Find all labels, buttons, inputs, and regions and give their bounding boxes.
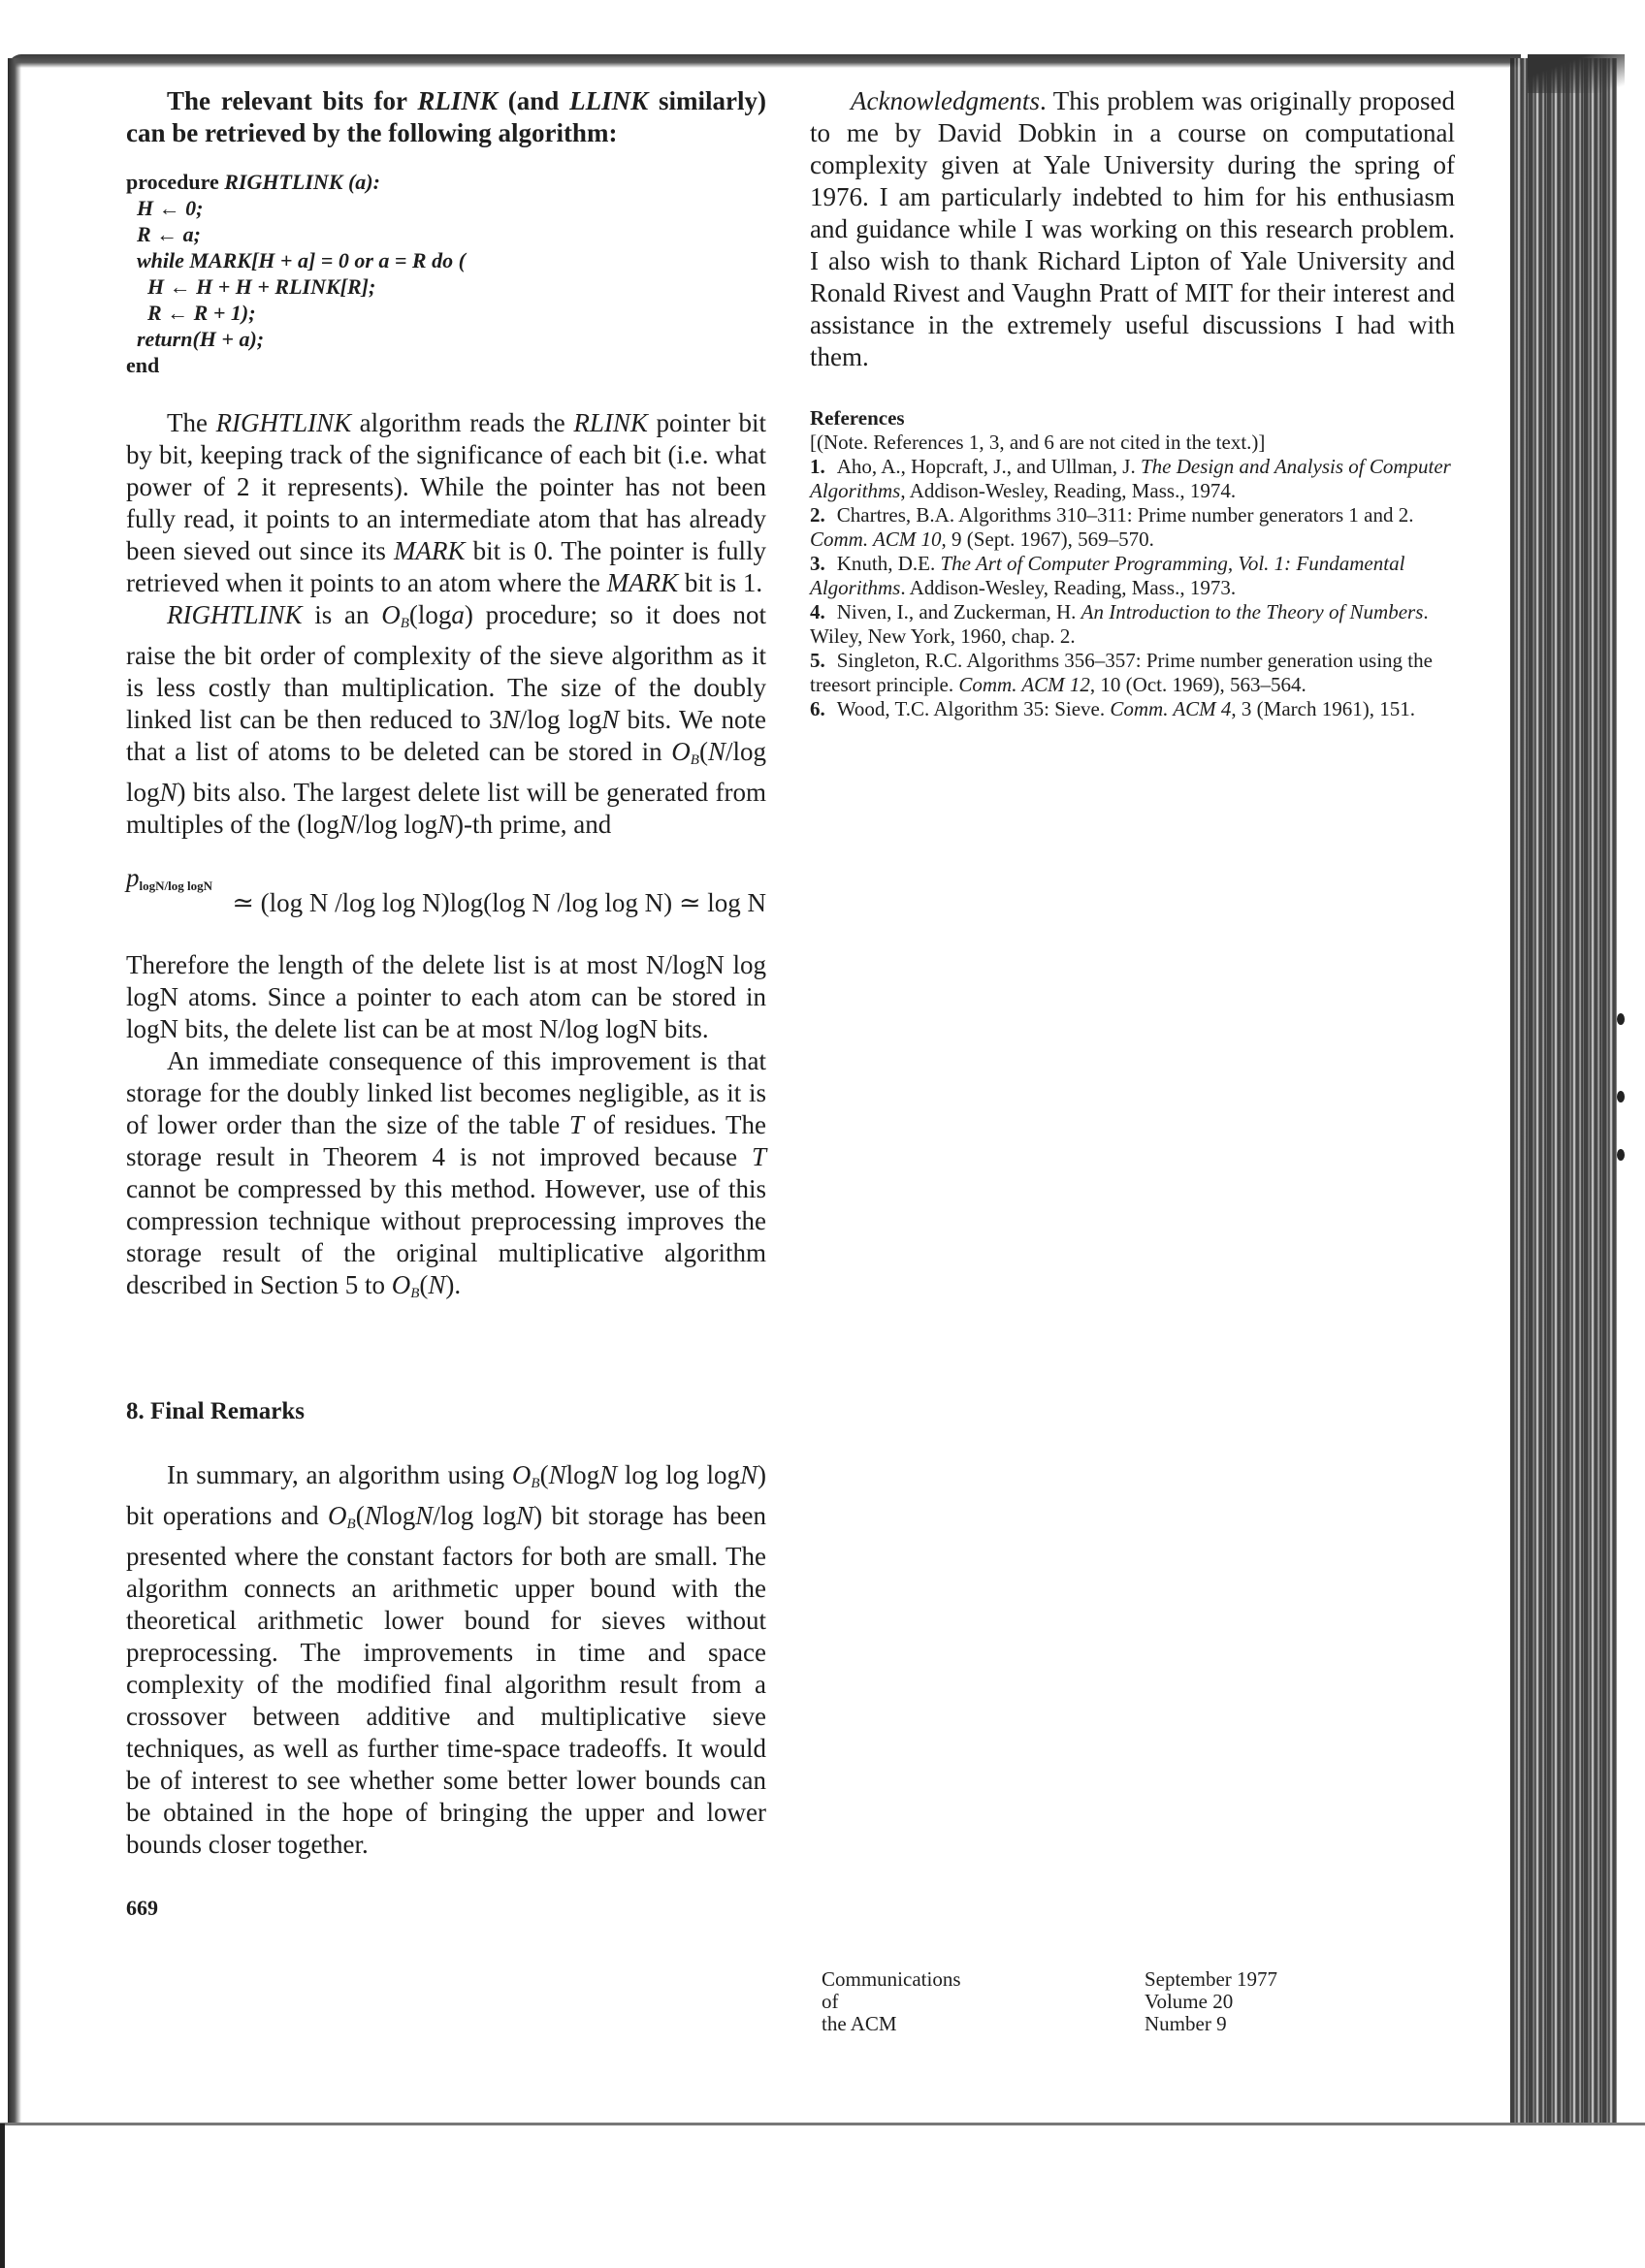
acknowledgments-paragraph: Acknowledgments. This problem was origin…: [810, 85, 1455, 373]
section-heading-final-remarks: 8. Final Remarks: [126, 1397, 766, 1426]
scan-bottom-edge: [0, 2123, 1645, 2125]
issue-info: September 1977 Volume 20 Number 9: [1145, 1968, 1277, 2035]
reference-title: An Introduction to the Theory of Numbers: [1081, 600, 1424, 623]
reference-details: , 10 (Oct. 1969), 563–564.: [1090, 673, 1306, 696]
book-binding-edge: [1510, 58, 1617, 2124]
binding-mark: [1617, 1149, 1625, 1161]
reference-title: Comm. ACM 4: [1110, 697, 1231, 720]
procedure-line: while MARK[H + a] = 0 or a = R do (: [126, 247, 766, 273]
procedure-line: return(H + a);: [126, 326, 766, 352]
acknowledgments-label: Acknowledgments: [851, 86, 1040, 115]
reference-authors: Knuth, D.E.: [837, 552, 941, 575]
reference-list: 1.Aho, A., Hopcraft, J., and Ullman, J. …: [810, 455, 1455, 721]
consequence-paragraph: An immediate consequence of this improve…: [126, 1045, 766, 1310]
procedure-line: H ← H + H + RLINK[R];: [126, 273, 766, 300]
reference-title: Comm. ACM 12: [958, 673, 1090, 696]
prime-approximation-formula: plogN/log logN ≃ (log N /log log N)log(l…: [126, 866, 766, 928]
reference-item: 1.Aho, A., Hopcraft, J., and Ullman, J. …: [810, 455, 1455, 503]
references-note: [(Note. References 1, 3, and 6 are not c…: [810, 431, 1455, 455]
references-section: References [(Note. References 1, 3, and …: [810, 406, 1455, 721]
reference-number: 2.: [810, 503, 825, 527]
reference-details: , Addison-Wesley, Reading, Mass., 1974.: [900, 479, 1236, 502]
procedure-line: H ← 0;: [126, 195, 766, 221]
scan-left-edge: [8, 58, 21, 2124]
reference-number: 6.: [810, 697, 825, 720]
reference-number: 5.: [810, 649, 825, 672]
references-heading: References: [810, 406, 1455, 431]
book-binding-top-shadow: [1528, 54, 1625, 93]
reference-details: , 3 (March 1961), 151.: [1231, 697, 1415, 720]
procedure-header: procedure RIGHTLINK (a):: [126, 169, 766, 195]
reference-item: 5.Singleton, R.C. Algorithms 356–357: Pr…: [810, 649, 1455, 697]
reference-details: . Addison-Wesley, Reading, Mass., 1973.: [900, 576, 1236, 599]
summary-paragraph: In summary, an algorithm using OB(NlogN …: [126, 1459, 766, 1861]
rightlink-paragraph: The RIGHTLINK algorithm reads the RLINK …: [126, 407, 766, 599]
reference-authors: Chartres, B.A. Algorithms 310–311: Prime…: [837, 503, 1414, 527]
reference-number: 4.: [810, 600, 825, 623]
reference-item: 6.Wood, T.C. Algorithm 35: Sieve. Comm. …: [810, 697, 1455, 721]
reference-authors: Aho, A., Hopcraft, J., and Ullman, J.: [837, 455, 1141, 478]
reference-item: 2.Chartres, B.A. Algorithms 310–311: Pri…: [810, 503, 1455, 552]
intro-paragraph: The relevant bits for RLINK (and LLINK s…: [126, 85, 766, 149]
procedure-line: R ← a;: [126, 221, 766, 247]
right-column: Acknowledgments. This problem was origin…: [810, 85, 1455, 721]
reference-item: 4.Niven, I., and Zuckerman, H. An Introd…: [810, 600, 1455, 649]
binding-mark: [1617, 1091, 1625, 1102]
reference-details: , 9 (Sept. 1967), 569–570.: [942, 527, 1154, 551]
journal-name: Communications of the ACM: [822, 1968, 961, 2035]
reference-title: Comm. ACM 10: [810, 527, 942, 551]
procedure-line: R ← R + 1);: [126, 300, 766, 326]
reference-authors: Niven, I., and Zuckerman, H.: [837, 600, 1081, 623]
procedure-end: end: [126, 352, 766, 378]
reference-number: 3.: [810, 552, 825, 575]
left-column: The relevant bits for RLINK (and LLINK s…: [126, 85, 766, 1924]
scan-bottom-left-bar: [0, 2124, 5, 2268]
rightlink-procedure: procedure RIGHTLINK (a): H ← 0; R ← a; w…: [126, 169, 766, 378]
complexity-paragraph: RIGHTLINK is an OB(loga) procedure; so i…: [126, 599, 766, 841]
page-number: 669: [126, 1892, 766, 1924]
reference-authors: Wood, T.C. Algorithm 35: Sieve.: [837, 697, 1111, 720]
delete-list-paragraph: Therefore the length of the delete list …: [126, 949, 766, 1045]
binding-mark: [1617, 1013, 1625, 1025]
reference-number: 1.: [810, 455, 825, 478]
reference-item: 3.Knuth, D.E. The Art of Computer Progra…: [810, 552, 1455, 600]
scan-top-edge: [8, 54, 1521, 68]
